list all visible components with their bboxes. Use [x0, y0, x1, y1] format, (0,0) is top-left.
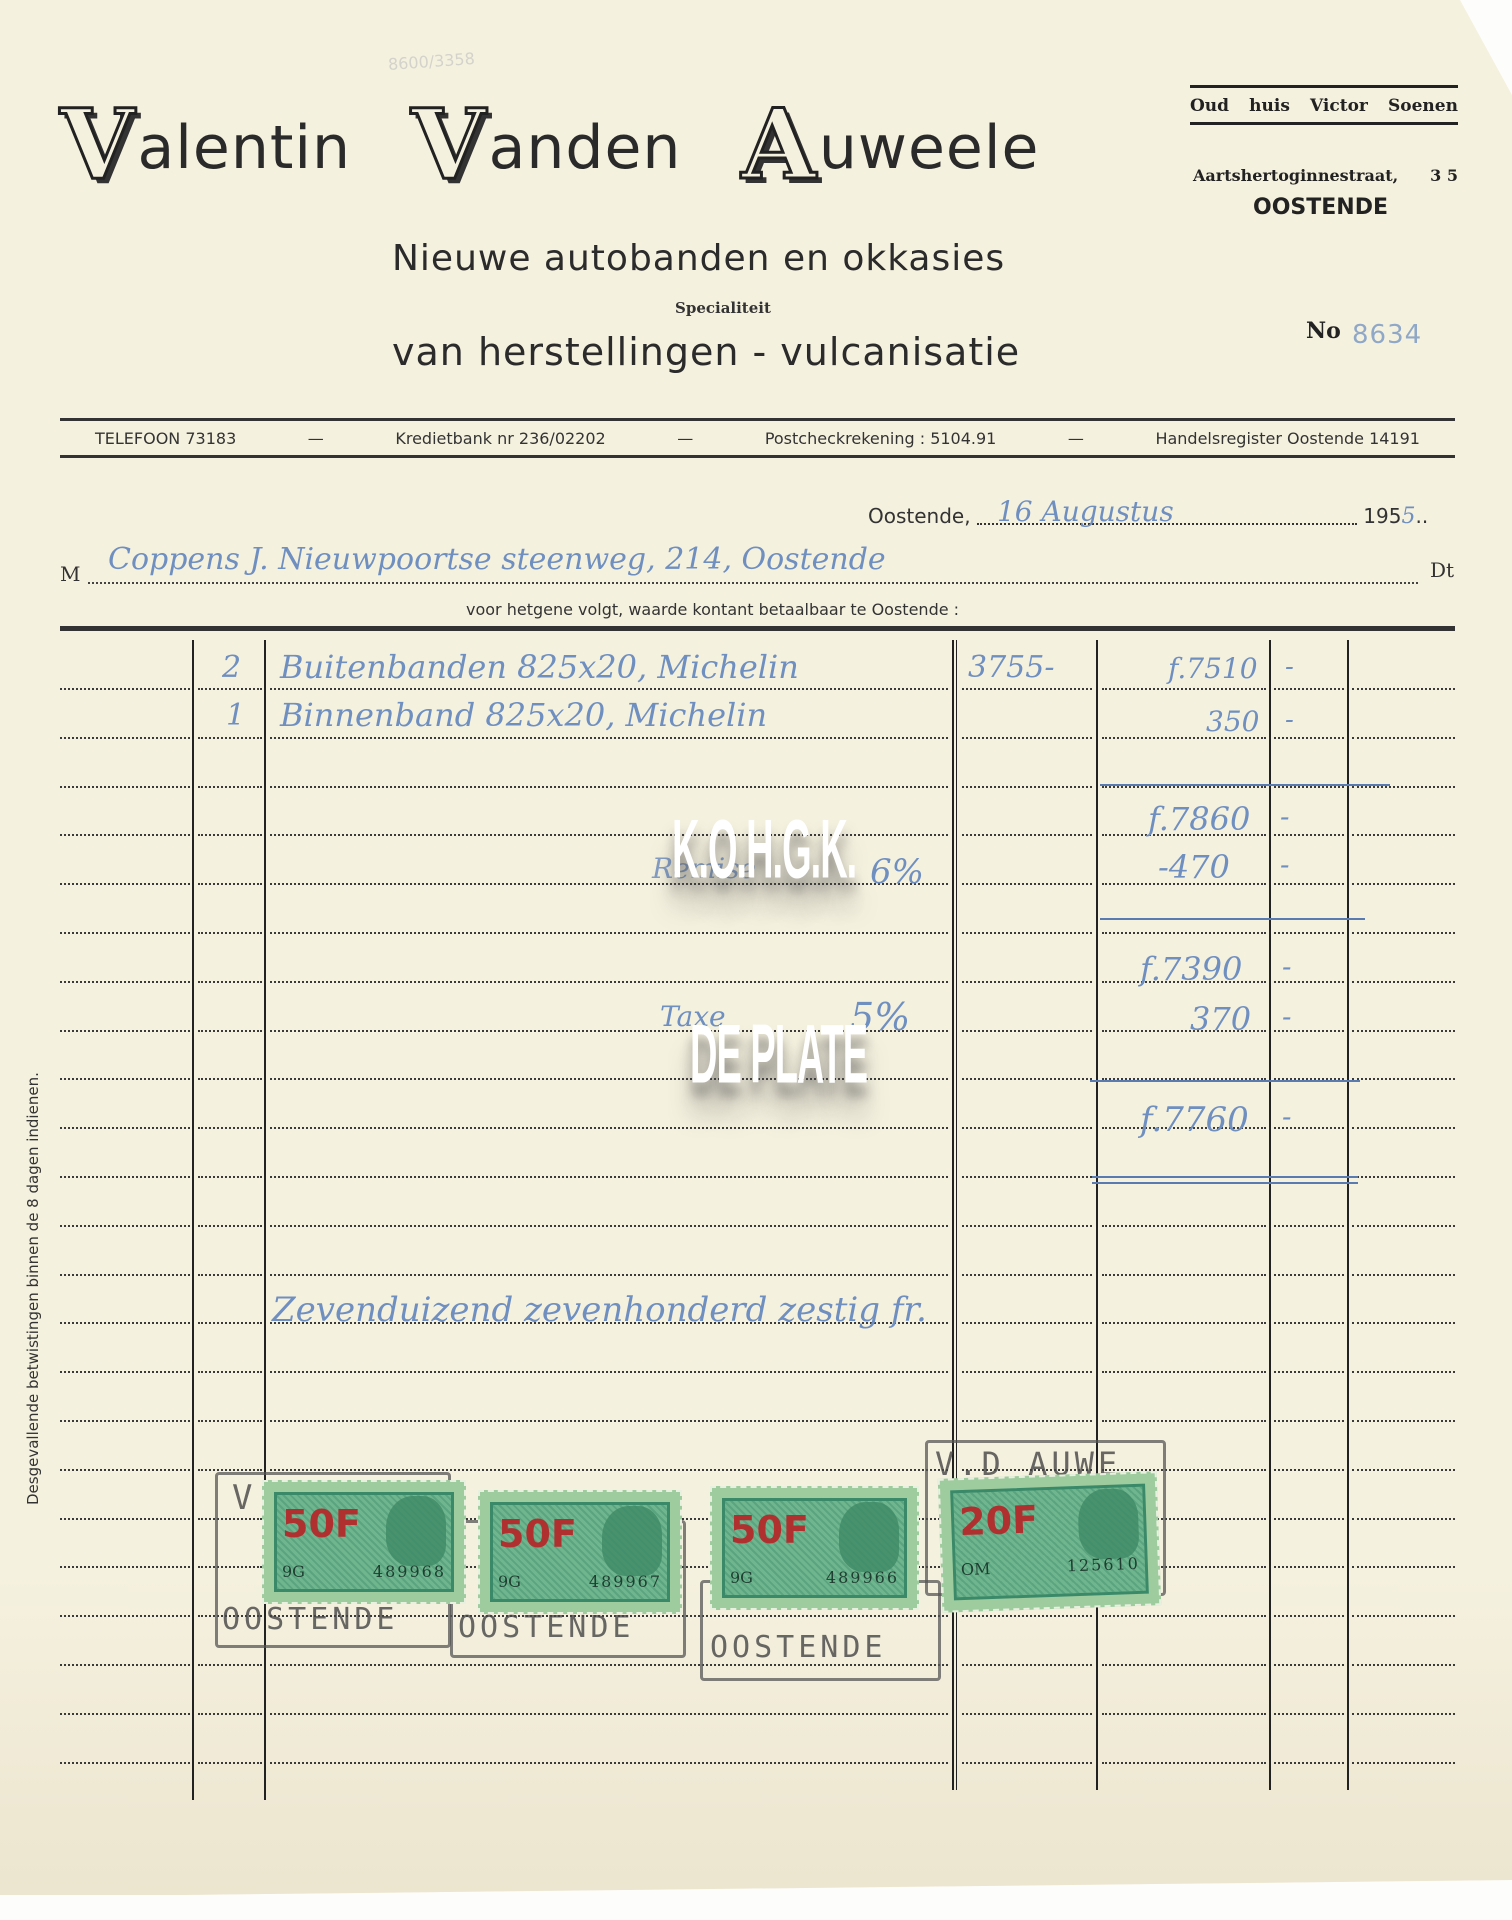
date-line: Oostende, 16 Augustus 1955.. — [868, 503, 1428, 529]
subtotal-amount: f.7390 — [1140, 950, 1242, 988]
addressee-prefix: M — [60, 562, 80, 586]
sum-underline — [1092, 1176, 1358, 1178]
ruled-line — [198, 737, 262, 739]
ruled-line — [60, 688, 190, 690]
ruled-line — [962, 1030, 1092, 1032]
ruled-line — [962, 1274, 1092, 1276]
ruled-line — [1102, 1420, 1266, 1422]
ruled-line — [1352, 1566, 1455, 1568]
ruled-line — [1352, 932, 1455, 934]
portrait-icon — [602, 1506, 662, 1576]
ruled-line — [1274, 1566, 1344, 1568]
tagline-repairs: van herstellingen - vulcanisatie — [392, 330, 1020, 374]
discount-amount: -470 — [1158, 848, 1230, 886]
ruled-line — [1274, 1518, 1344, 1520]
cents: - — [1280, 800, 1289, 833]
column-divider — [952, 640, 954, 1790]
stamp-number: 489966 — [826, 1568, 899, 1587]
tagline-new-tires: Nieuwe autobanden en okkasies — [392, 238, 1005, 279]
ruled-line — [1352, 1420, 1455, 1422]
ruled-line — [198, 1371, 262, 1373]
brand-cap-2: V — [411, 88, 486, 201]
ruled-line — [1352, 1664, 1455, 1666]
item-amount: 350 — [1206, 705, 1259, 738]
date-field: 16 Augustus — [977, 503, 1357, 525]
ruled-line — [962, 883, 1092, 885]
ruled-line — [270, 688, 948, 690]
ruled-line — [1102, 1371, 1266, 1373]
column-divider — [956, 640, 957, 1790]
ruled-line — [60, 981, 190, 983]
item-cents: - — [1285, 705, 1294, 735]
ruled-line — [60, 737, 190, 739]
ruled-line — [60, 932, 190, 934]
ruled-line — [198, 1078, 262, 1080]
ruled-line — [198, 1225, 262, 1227]
amount-value: 7860 — [1169, 800, 1250, 838]
ruled-line — [962, 1078, 1092, 1080]
fiscal-stamp: 50F 9G 489967 — [478, 1490, 682, 1614]
stamp-number: 125610 — [1066, 1554, 1140, 1576]
item-description: Binnenband 825x20, Michelin — [280, 696, 767, 734]
ruled-line — [198, 1176, 262, 1178]
amount-value: 7510 — [1186, 652, 1257, 685]
ruled-line — [60, 1469, 190, 1471]
ruled-line — [1352, 1030, 1455, 1032]
cents: - — [1282, 1000, 1291, 1033]
ruled-line — [60, 1713, 190, 1715]
house-number: 3 5 — [1430, 166, 1458, 185]
sum-underline — [1100, 784, 1390, 786]
column-divider — [1269, 640, 1271, 1790]
invoice-number-label: No — [1306, 318, 1341, 344]
fiscal-stamp: 50F 9G 489966 — [710, 1486, 919, 1610]
ruled-line — [962, 932, 1092, 934]
currency-symbol: f. — [1148, 800, 1169, 838]
ruled-line — [1352, 1322, 1455, 1324]
ruled-line — [962, 737, 1092, 739]
brand-cap-1: V — [60, 88, 135, 201]
ruled-line — [270, 1225, 948, 1227]
ruled-line — [60, 1615, 190, 1617]
ruled-line — [198, 883, 262, 885]
ruled-line — [60, 1420, 190, 1422]
street-name: Aartshertoginnestraat, — [1193, 166, 1398, 185]
ruled-line — [198, 1030, 262, 1032]
stamp-series: OM — [961, 1559, 991, 1579]
ruled-line — [1274, 834, 1344, 836]
amount-in-words: Zevenduizend zevenhonderd zestig fr. — [272, 1290, 927, 1330]
ruled-line — [198, 1664, 262, 1666]
ruled-line — [60, 1518, 190, 1520]
sum-underline — [1100, 918, 1365, 920]
ruled-line — [1274, 1713, 1344, 1715]
total-amount: f.7760 — [1140, 1100, 1249, 1140]
ruled-line — [962, 1615, 1092, 1617]
sum-underline — [1090, 1080, 1360, 1082]
ruled-line — [198, 932, 262, 934]
ruled-line — [198, 1713, 262, 1715]
ruled-line — [60, 786, 190, 788]
year-printed: 195 — [1363, 504, 1401, 528]
table-top-rule — [60, 626, 1455, 631]
item-qty: 1 — [226, 698, 245, 733]
stamp-value: 20F — [958, 1497, 1038, 1544]
ruled-line — [1352, 1615, 1455, 1617]
ruled-line — [1352, 1274, 1455, 1276]
ruled-line — [198, 1762, 262, 1764]
date-handwritten: 16 Augustus — [997, 495, 1174, 528]
ruled-line — [1352, 1518, 1455, 1520]
ruled-line — [1352, 688, 1455, 690]
stamp-city-text: OOSTENDE — [710, 1630, 887, 1665]
invoice-number-value: 8634 — [1352, 320, 1422, 350]
ruled-line — [962, 981, 1092, 983]
ruled-line — [1274, 883, 1344, 885]
ruled-line — [198, 1469, 262, 1471]
ruled-line — [1102, 688, 1266, 690]
ruled-line — [270, 786, 948, 788]
amount-value: 7390 — [1161, 950, 1242, 988]
addressee-field: Coppens J. Nieuwpoortse steenweg, 214, O… — [88, 548, 1418, 584]
ruled-line — [962, 1225, 1092, 1227]
dispute-notice: Desgevallende betwistingen binnen de 8 d… — [24, 1072, 42, 1505]
ruled-line — [1352, 737, 1455, 739]
ruled-line — [962, 786, 1092, 788]
ruled-line — [60, 1322, 190, 1324]
ruled-line — [1352, 883, 1455, 885]
ruled-line — [270, 1420, 948, 1422]
portrait-icon — [386, 1496, 446, 1566]
ruled-line — [1274, 1371, 1344, 1373]
bank-account: Kredietbank nr 236/02202 — [395, 429, 605, 448]
place-label: Oostende, — [868, 504, 971, 528]
ruled-line — [962, 1127, 1092, 1129]
ruled-line — [270, 737, 948, 739]
column-divider — [192, 640, 194, 1800]
stamp-series: 9G — [282, 1562, 305, 1581]
ruled-line — [60, 1176, 190, 1178]
company-info-bar: TELEFOON 73183 — Kredietbank nr 236/0220… — [60, 418, 1455, 458]
column-divider — [1096, 640, 1098, 1790]
fiscal-stamp: 20F OM 125610 — [938, 1471, 1162, 1613]
ruled-line — [962, 1664, 1092, 1666]
ruled-line — [60, 1030, 190, 1032]
subtotal-amount: f.7860 — [1148, 800, 1250, 838]
ruled-line — [962, 1713, 1092, 1715]
old-house-word: Oud — [1190, 96, 1229, 116]
ruled-line — [270, 1713, 948, 1715]
addressee-handwritten: Coppens J. Nieuwpoortse steenweg, 214, O… — [108, 542, 886, 577]
item-description: Buitenbanden 825x20, Michelin — [280, 648, 799, 686]
telephone: TELEFOON 73183 — [95, 429, 236, 448]
sum-underline — [1092, 1182, 1358, 1184]
ruled-line — [60, 834, 190, 836]
ruled-line — [1274, 932, 1344, 934]
ruled-line — [1102, 1762, 1266, 1764]
fiscal-stamp: 50F 9G 489968 — [262, 1480, 466, 1604]
discount-percent: 6% — [870, 852, 924, 892]
ruled-line — [60, 883, 190, 885]
ruled-line — [1352, 1078, 1455, 1080]
ruled-line — [1274, 1420, 1344, 1422]
ruled-line — [1274, 1274, 1344, 1276]
stamp-value: 50F — [730, 1508, 809, 1552]
trade-register: Handelsregister Oostende 14191 — [1155, 429, 1420, 448]
ruled-line — [1352, 1127, 1455, 1129]
amount-value: 7760 — [1162, 1100, 1249, 1140]
ruled-line — [198, 981, 262, 983]
ruled-line — [60, 1566, 190, 1568]
watermark-de-plate: DE PLATE — [690, 1010, 867, 1105]
stamp-value: 50F — [282, 1502, 361, 1546]
ruled-line — [962, 1176, 1092, 1178]
portrait-icon — [839, 1502, 899, 1572]
old-house-word: Soenen — [1388, 96, 1458, 116]
sender-street: Aartshertoginnestraat, 3 5 — [1193, 166, 1458, 185]
ruled-line — [962, 1420, 1092, 1422]
ruled-line — [1102, 1664, 1266, 1666]
ruled-line — [60, 1371, 190, 1373]
watermark-kohgk: K.O.H.G.K. — [672, 805, 856, 900]
ruled-line — [1274, 1225, 1344, 1227]
item-unit-price: 3755- — [968, 650, 1054, 685]
ruled-line — [60, 1127, 190, 1129]
ruled-line — [198, 786, 262, 788]
item-cents: - — [1285, 652, 1294, 682]
ruled-line — [1352, 1762, 1455, 1764]
ruled-line — [962, 1322, 1092, 1324]
ruled-line — [1274, 1762, 1344, 1764]
ruled-line — [60, 1274, 190, 1276]
brand-word-3: uweele — [819, 113, 1040, 183]
ruled-line — [198, 688, 262, 690]
ruled-line — [1274, 1664, 1344, 1666]
cents: - — [1282, 950, 1291, 983]
ruled-line — [1352, 1713, 1455, 1715]
ruled-line — [962, 688, 1092, 690]
company-name: ValentinVandenAuweele — [60, 88, 1099, 201]
portrait-icon — [1077, 1488, 1139, 1560]
ruled-line — [270, 1274, 948, 1276]
ruled-line — [198, 1127, 262, 1129]
ruled-line — [270, 1127, 948, 1129]
ruled-line — [270, 932, 948, 934]
stamp-value: 50F — [498, 1512, 577, 1556]
ruled-line — [198, 834, 262, 836]
separator: — — [677, 429, 693, 448]
ruled-line — [270, 981, 948, 983]
ruled-line — [198, 1274, 262, 1276]
ruled-line — [1102, 932, 1266, 934]
stamp-number: 489967 — [589, 1572, 662, 1591]
ruled-line — [270, 1176, 948, 1178]
ruled-line — [270, 1371, 948, 1373]
stamp-series: 9G — [730, 1568, 753, 1587]
ruled-line — [1352, 1225, 1455, 1227]
separator: — — [308, 429, 324, 448]
cents: - — [1280, 848, 1289, 881]
ruled-line — [1102, 1713, 1266, 1715]
ruled-line — [60, 1762, 190, 1764]
ruled-line — [1352, 1371, 1455, 1373]
separator: — — [1068, 429, 1084, 448]
brand-cap-3: A — [741, 88, 816, 201]
ruled-line — [60, 1225, 190, 1227]
ruled-line — [1352, 1469, 1455, 1471]
brand-word-2: anden — [489, 113, 682, 183]
stamp-city-text: OOSTENDE — [458, 1610, 635, 1645]
currency-symbol: f. — [1140, 1100, 1162, 1140]
ruled-line — [1102, 1225, 1266, 1227]
ruled-line — [1352, 834, 1455, 836]
ruled-line — [962, 834, 1092, 836]
ruled-line — [962, 1371, 1092, 1373]
specialty-label: Specialiteit — [675, 299, 771, 317]
ruled-line — [1274, 1469, 1344, 1471]
ruled-line — [270, 1469, 948, 1471]
ruled-line — [1102, 1322, 1266, 1324]
currency-symbol: f. — [1168, 652, 1186, 685]
ruled-line — [270, 1762, 948, 1764]
stamp-number: 489968 — [373, 1562, 446, 1581]
stamp-city-text: OOSTENDE — [222, 1602, 399, 1637]
debit-label: Dt — [1430, 558, 1454, 582]
old-house-word: Victor — [1310, 96, 1368, 116]
column-divider — [1347, 640, 1349, 1790]
sender-city: OOSTENDE — [1253, 195, 1388, 220]
old-house-banner: Oud huis Victor Soenen — [1190, 85, 1458, 125]
ruled-line — [962, 1762, 1092, 1764]
cents: - — [1282, 1100, 1291, 1133]
stamp-series: 9G — [498, 1572, 521, 1591]
payment-terms: voor hetgene volgt, waarde kontant betaa… — [466, 600, 959, 619]
brand-word-1: alentin — [137, 113, 351, 183]
ruled-line — [1102, 1274, 1266, 1276]
ruled-line — [1352, 981, 1455, 983]
ruled-line — [198, 1322, 262, 1324]
currency-symbol: f. — [1140, 950, 1161, 988]
ruled-line — [198, 1420, 262, 1422]
year-handwritten: 5 — [1401, 504, 1415, 529]
ruled-line — [1352, 1176, 1455, 1178]
ruled-line — [1274, 1322, 1344, 1324]
ruled-line — [1102, 1615, 1266, 1617]
old-house-word: huis — [1249, 96, 1290, 116]
tax-amount: 370 — [1190, 1000, 1251, 1038]
item-qty: 2 — [222, 650, 241, 685]
ruled-line — [1274, 1615, 1344, 1617]
item-amount: f.7510 — [1168, 652, 1258, 685]
postcheck-account: Postcheckrekening : 5104.91 — [765, 429, 997, 448]
ruled-line — [1274, 737, 1344, 739]
ruled-line — [60, 1664, 190, 1666]
ruled-line — [60, 1078, 190, 1080]
ruled-line — [1274, 688, 1344, 690]
